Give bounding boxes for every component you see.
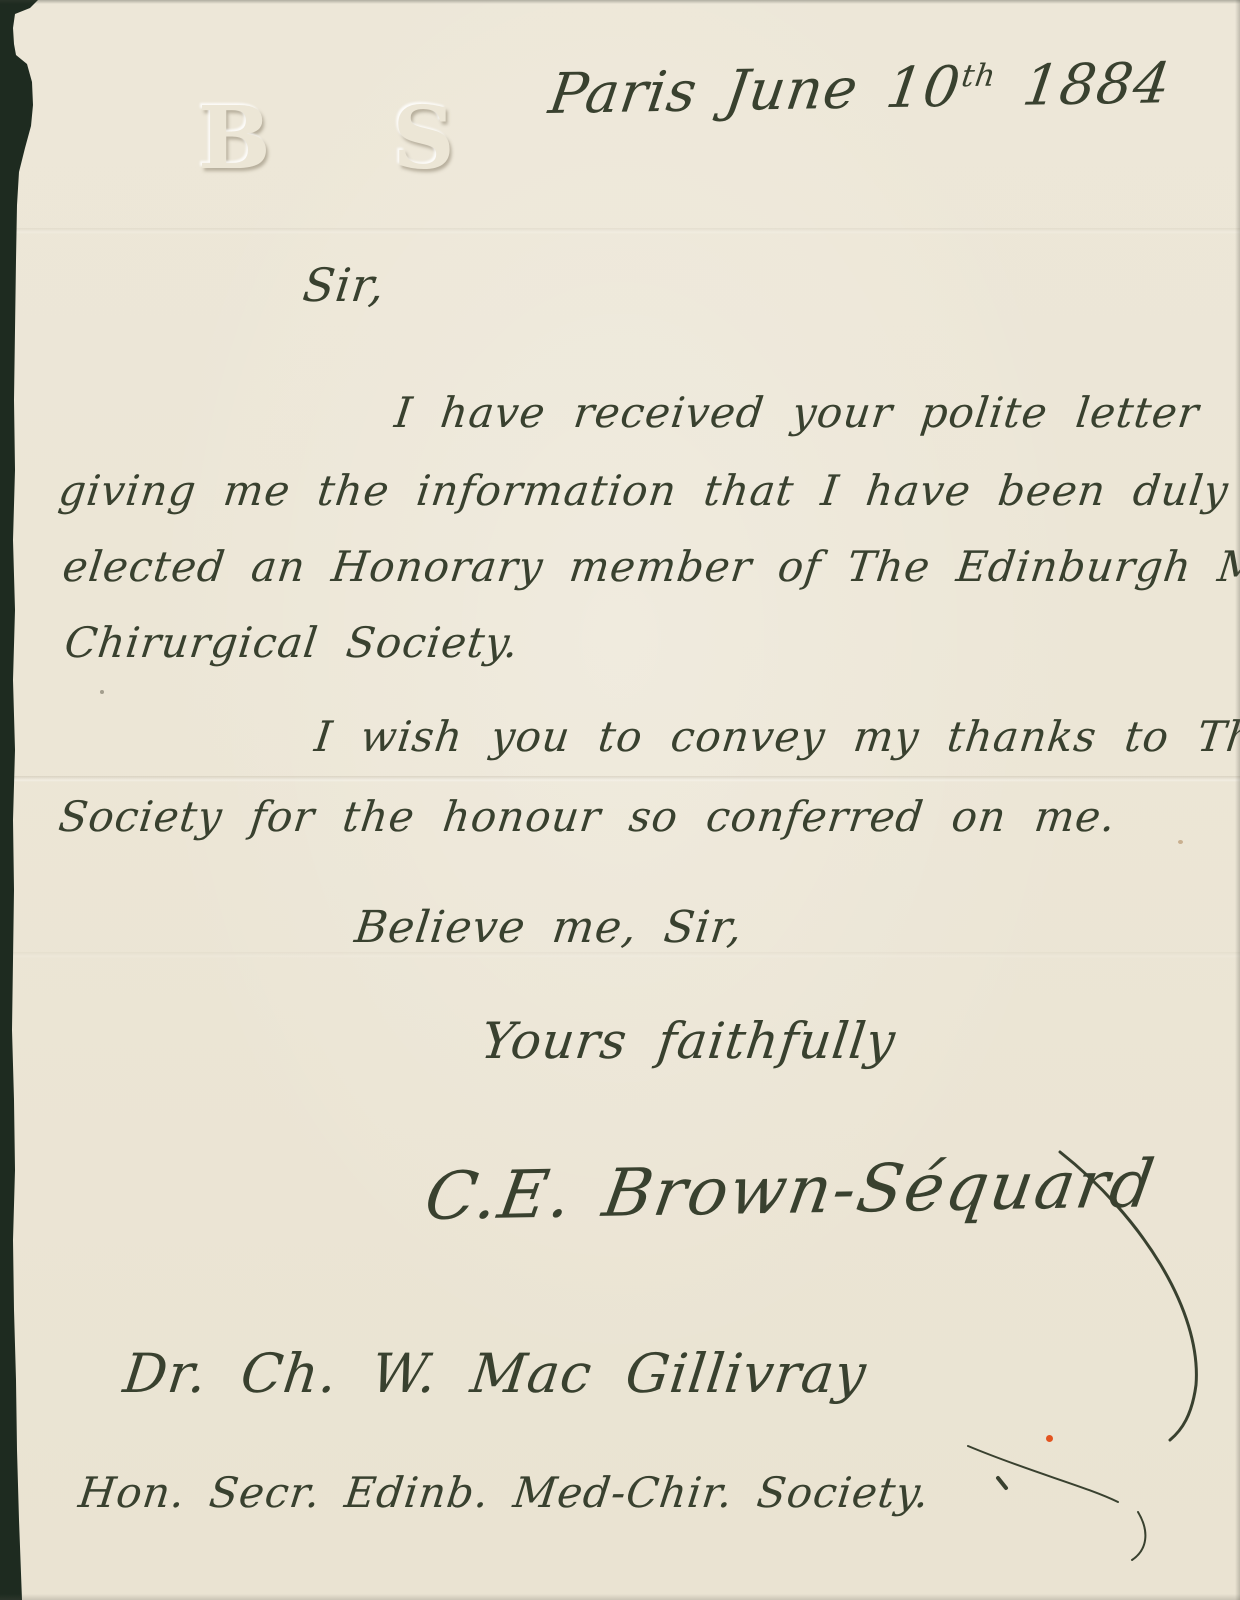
body-line: elected an Honorary member of The Edinbu… xyxy=(60,542,1240,591)
scan-edge-right xyxy=(1235,0,1240,1600)
body-line: giving me the information that I have be… xyxy=(56,466,1231,515)
closing-line-2: Yours faithfully xyxy=(478,1012,899,1070)
orange-ink-speck xyxy=(1046,1435,1053,1442)
closing-line-1: Believe me, Sir, xyxy=(352,902,746,953)
dateline-month-day: June 10 xyxy=(721,55,965,124)
embossed-monogram: B S xyxy=(198,88,501,189)
recipient-name: Dr. Ch. W. Mac Gillivray xyxy=(120,1342,870,1405)
scan-edge-left xyxy=(0,0,60,1600)
recipient-title: Hon. Secr. Edinb. Med-Chir. Society. xyxy=(76,1468,933,1517)
body-line: I wish you to convey my thanks to The xyxy=(312,712,1240,761)
body-line: Society for the honour so conferred on m… xyxy=(56,792,1119,841)
dateline-year: 1884 xyxy=(1019,51,1175,119)
letter-scan: B S Paris June 10th 1884 Sir, I have rec… xyxy=(0,0,1240,1600)
paper-fleck xyxy=(100,690,104,694)
scan-edge-bottom xyxy=(0,1594,1240,1600)
salutation: Sir, xyxy=(300,258,388,312)
body-line: Chirurgical Society. xyxy=(62,618,522,667)
paper-fleck xyxy=(1178,840,1183,844)
body-line: I have received your polite letter xyxy=(392,388,1202,437)
dateline-place: Paris xyxy=(545,59,702,127)
signature: C.E. Brown-Séquard xyxy=(420,1145,1161,1235)
dark-edge-shape xyxy=(0,0,38,1600)
dateline: Paris June 10th 1884 xyxy=(545,51,1175,127)
scan-edge-top xyxy=(0,0,1240,4)
dateline-ordinal: th xyxy=(959,58,998,95)
